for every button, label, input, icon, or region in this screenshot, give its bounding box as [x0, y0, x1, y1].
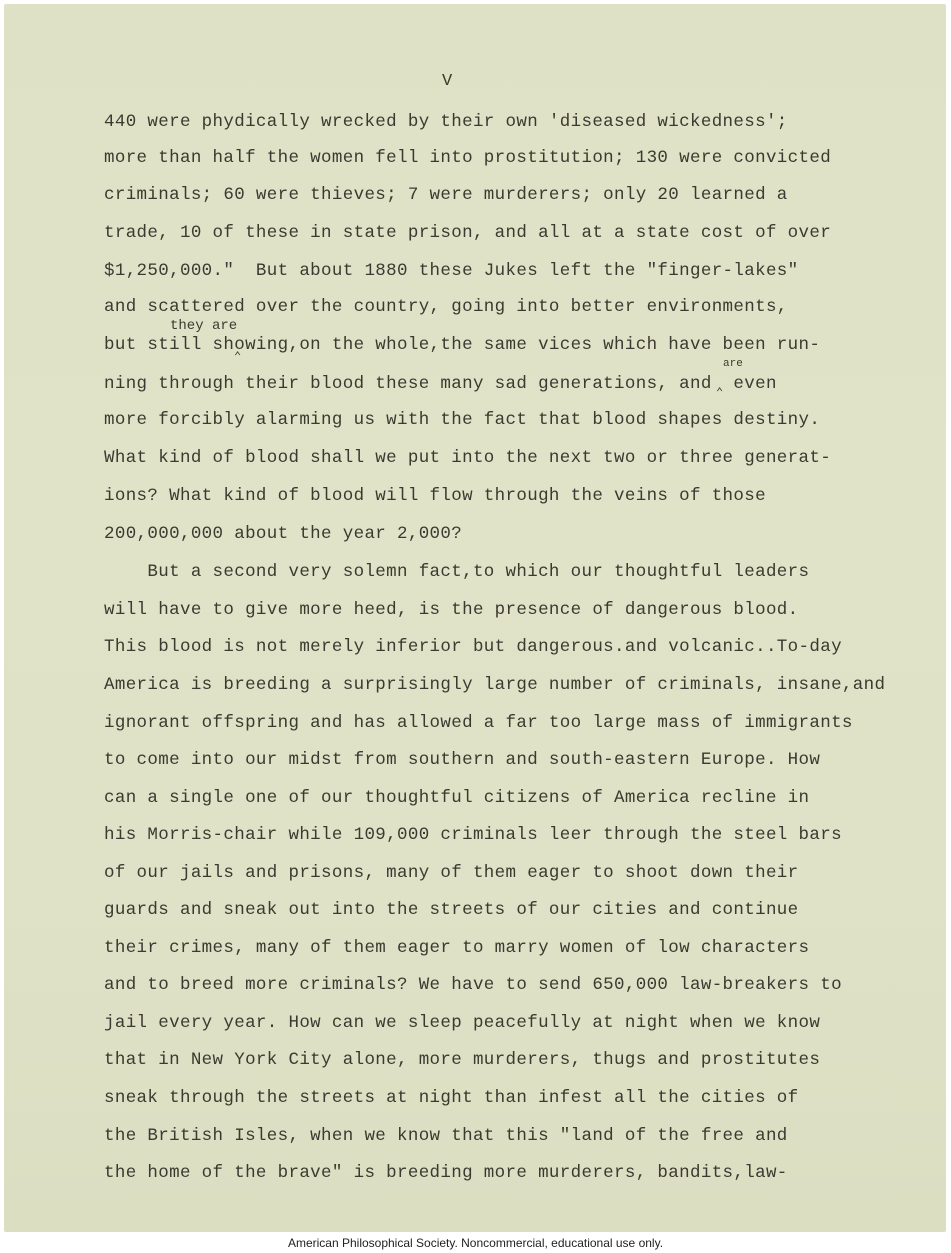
text-line: that in New York City alone, more murder…: [104, 1050, 820, 1070]
text-line: the British Isles, when we know that thi…: [104, 1126, 788, 1146]
text-line: ignorant offspring and has allowed a far…: [104, 713, 853, 733]
text-line: their crimes, many of them eager to marr…: [104, 938, 809, 958]
text-line: his Morris-chair while 109,000 criminals…: [104, 825, 842, 845]
text-line: But a second very solemn fact,to which o…: [104, 562, 809, 582]
text-line: more than half the women fell into prost…: [104, 148, 831, 168]
text-line: $1,250,000." But about 1880 these Jukes …: [104, 261, 799, 281]
text-line: This blood is not merely inferior but da…: [104, 637, 842, 657]
text-line: ning through their blood these many sad …: [104, 374, 777, 394]
text-line: to come into our midst from southern and…: [104, 750, 820, 770]
text-line: trade, 10 of these in state prison, and …: [104, 223, 831, 243]
typewritten-page: V 440 were phydically wrecked by their o…: [4, 4, 946, 1232]
text-line: more forcibly alarming us with the fact …: [104, 410, 820, 430]
copyright-footer: American Philosophical Society. Noncomme…: [0, 1236, 951, 1250]
text-line: jail every year. How can we sleep peacef…: [104, 1013, 820, 1033]
text-line: and to breed more criminals? We have to …: [104, 975, 842, 995]
text-line: America is breeding a surprisingly large…: [104, 675, 885, 695]
text-line: What kind of blood shall we put into the…: [104, 448, 831, 468]
text-line: can a single one of our thoughtful citiz…: [104, 788, 809, 808]
text-line: and scattered over the country, going in…: [104, 297, 788, 317]
text-line: 440 were phydically wrecked by their own…: [104, 112, 788, 132]
text-line: the home of the brave" is breeding more …: [104, 1163, 788, 1183]
text-line: of our jails and prisons, many of them e…: [104, 863, 799, 883]
text-line: criminals; 60 were thieves; 7 were murde…: [104, 185, 788, 205]
text-line: will have to give more heed, is the pres…: [104, 600, 799, 620]
handwritten-insertion: they are: [170, 318, 237, 334]
page-number: V: [442, 72, 452, 91]
text-line: sneak through the streets at night than …: [104, 1088, 799, 1108]
handwritten-insertion: are: [723, 358, 743, 370]
text-line: ions? What kind of blood will flow throu…: [104, 486, 766, 506]
text-line: 200,000,000 about the year 2,000?: [104, 524, 462, 544]
text-line: but still showing,on the whole,the same …: [104, 335, 820, 355]
text-line: guards and sneak out into the streets of…: [104, 900, 799, 920]
